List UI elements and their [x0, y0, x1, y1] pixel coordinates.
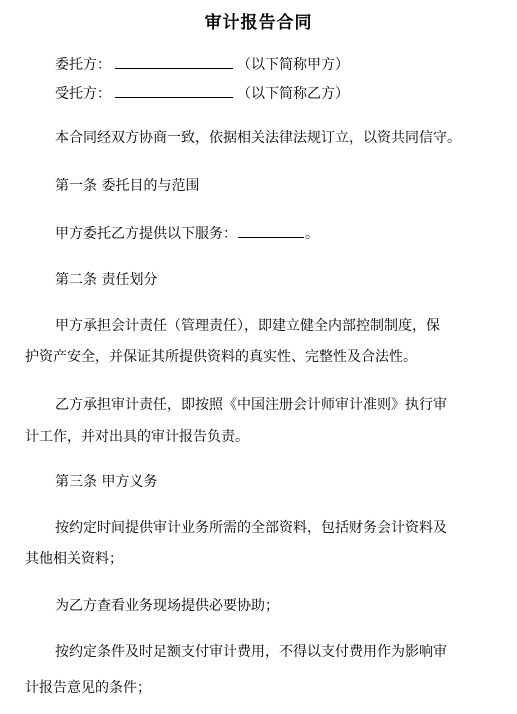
article2-p1-line1: 甲方承担会计责任（管理责任），即建立健全内部控制制度，保	[55, 317, 440, 335]
article1-heading: 第一条 委托目的与范围	[55, 177, 199, 195]
article3-item1-line1: 按约定时间提供审计业务所需的全部资料，包括财务会计资料及	[55, 519, 447, 537]
contractor-party-row: 受托方：（以下简称乙方）	[55, 83, 349, 103]
article3-item1-line2: 其他相关资料；	[25, 550, 123, 568]
contractor-party-label: 受托方：	[55, 85, 111, 103]
client-party-note: （以下简称甲方）	[237, 57, 349, 73]
client-party-blank[interactable]	[115, 54, 233, 69]
article2-p1-line2: 护资产安全，并保证其所提供资料的真实性、完整性及合法性。	[25, 348, 417, 366]
article3-item3-line1: 按约定条件及时足额支付审计费用，不得以支付费用作为影响审	[55, 643, 447, 661]
article2-heading: 第二条 责任划分	[55, 271, 157, 289]
contractor-party-note: （以下简称乙方）	[237, 86, 349, 102]
service-blank[interactable]	[238, 225, 304, 238]
article2-p2-line1: 乙方承担审计责任，即按照《中国注册会计师审计准则》执行审	[55, 396, 447, 414]
article3-item2: 为乙方查看业务现场提供必要协助；	[55, 597, 279, 615]
article1-text-prefix: 甲方委托乙方提供以下服务：	[55, 226, 237, 242]
article3-heading: 第三条 甲方义务	[55, 473, 157, 491]
contractor-party-blank[interactable]	[115, 83, 233, 98]
article2-p2-line2: 计工作，并对出具的审计报告负责。	[25, 428, 249, 446]
client-party-label: 委托方：	[55, 56, 111, 74]
article1-text: 甲方委托乙方提供以下服务：。	[55, 225, 319, 243]
article3-item3-line2: 计报告意见的条件；	[25, 679, 151, 697]
document-title: 审计报告合同	[0, 8, 517, 33]
client-party-row: 委托方：（以下简称甲方）	[55, 54, 349, 74]
preamble: 本合同经双方协商一致，依据相关法律法规订立，以资共同信守。	[55, 129, 461, 147]
article1-text-suffix: 。	[305, 226, 319, 242]
